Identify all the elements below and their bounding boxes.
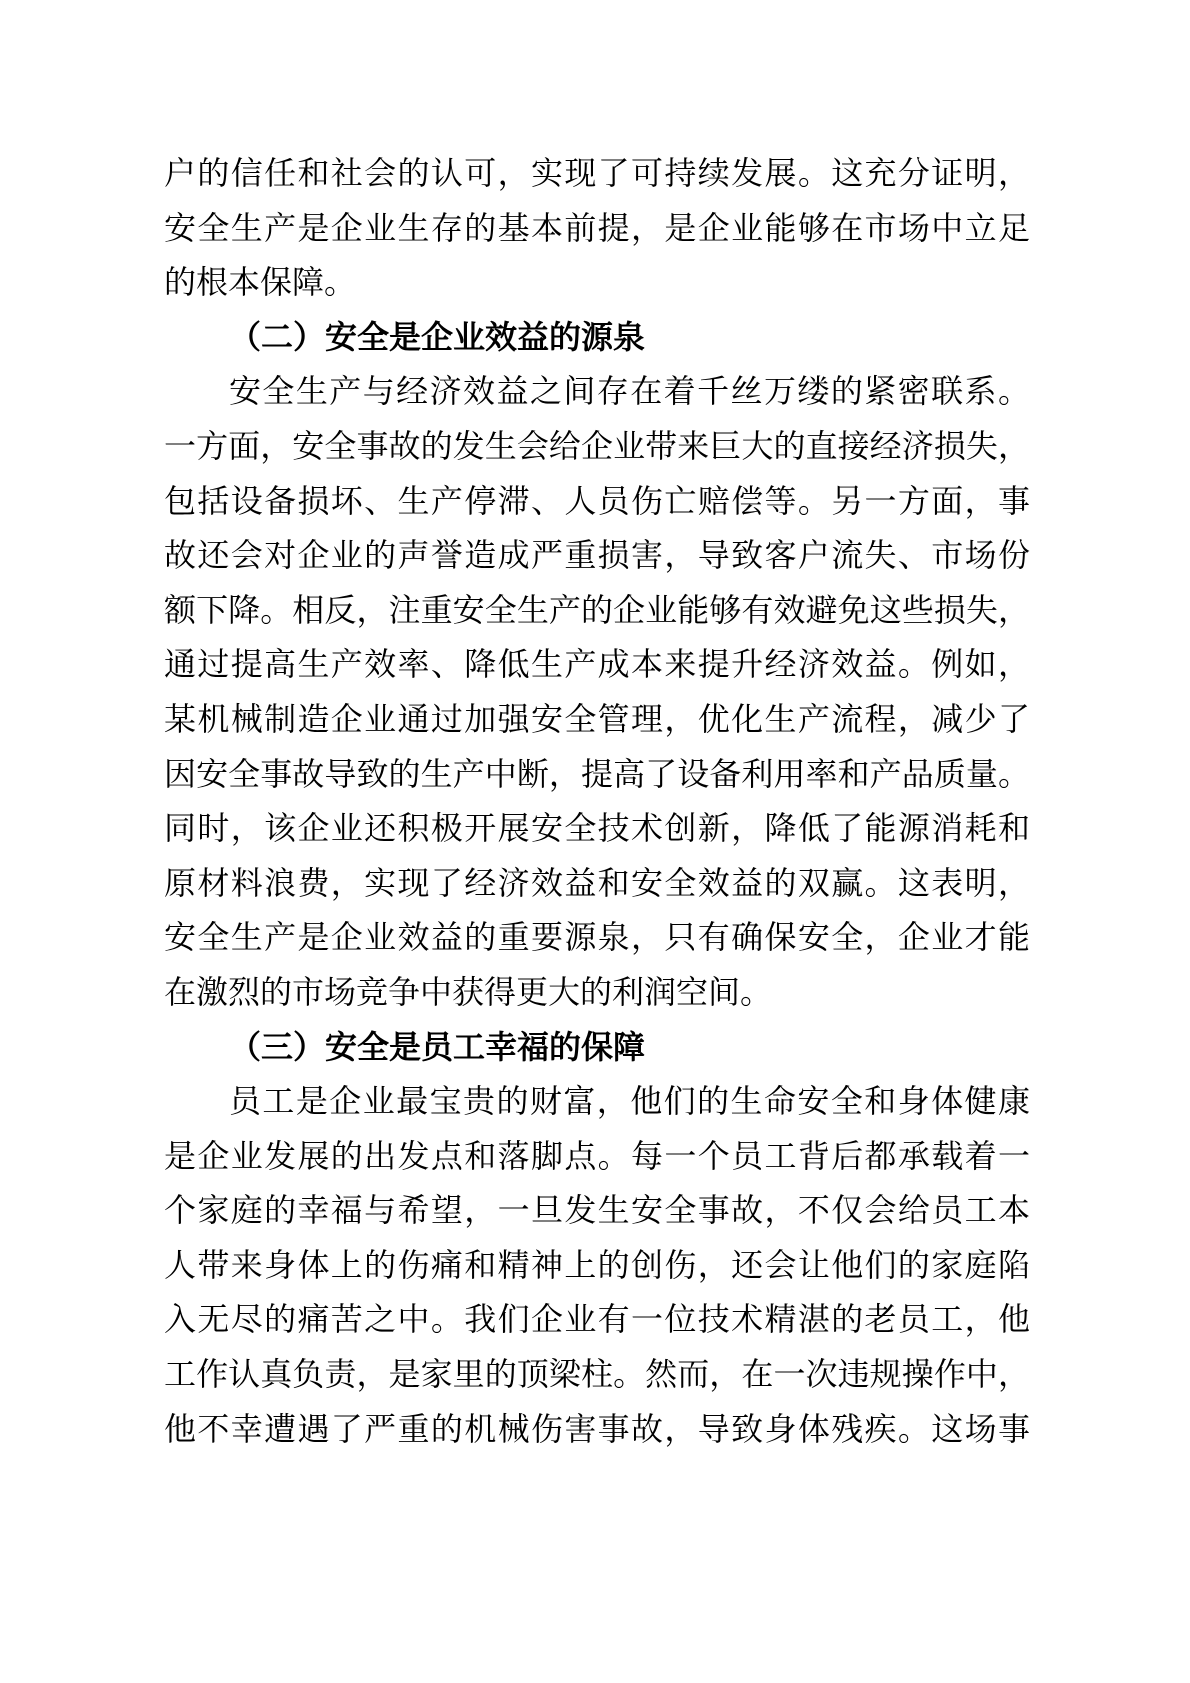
paragraph-line: 一方面，安全事故的发生会给企业带来巨大的直接经济损失，	[164, 419, 1030, 474]
paragraph-line: 户的信任和社会的认可，实现了可持续发展。这充分证明，	[164, 146, 1030, 201]
paragraph-line: 的根本保障。	[164, 255, 1030, 310]
paragraph-line: 原材料浪费，实现了经济效益和安全效益的双赢。这表明，	[164, 856, 1030, 911]
paragraph-line: 因安全事故导致的生产中断，提高了设备利用率和产品质量。	[164, 747, 1030, 802]
document-page: 户的信任和社会的认可，实现了可持续发展。这充分证明，安全生产是企业生存的基本前提…	[0, 0, 1190, 1683]
paragraph-line: 包括设备损坏、生产停滞、人员伤亡赔偿等。另一方面，事	[164, 474, 1030, 529]
paragraph-line: 入无尽的痛苦之中。我们企业有一位技术精湛的老员工，他	[164, 1292, 1030, 1347]
paragraph-line: 工作认真负责，是家里的顶梁柱。然而，在一次违规操作中，	[164, 1347, 1030, 1402]
paragraph-line: 故还会对企业的声誉造成严重损害，导致客户流失、市场份	[164, 528, 1030, 583]
paragraph-line: 在激烈的市场竞争中获得更大的利润空间。	[164, 965, 1030, 1020]
section-heading: （三）安全是员工幸福的保障	[164, 1020, 1030, 1075]
document-content: 户的信任和社会的认可，实现了可持续发展。这充分证明，安全生产是企业生存的基本前提…	[164, 146, 1030, 1456]
paragraph-line: 员工是企业最宝贵的财富，他们的生命安全和身体健康	[164, 1074, 1030, 1129]
paragraph-line: 同时，该企业还积极开展安全技术创新，降低了能源消耗和	[164, 801, 1030, 856]
paragraph-line: 是企业发展的出发点和落脚点。每一个员工背后都承载着一	[164, 1129, 1030, 1184]
paragraph-line: 安全生产与经济效益之间存在着千丝万缕的紧密联系。	[164, 364, 1030, 419]
paragraph-line: 他不幸遭遇了严重的机械伤害事故，导致身体残疾。这场事	[164, 1402, 1030, 1457]
paragraph-line: 额下降。相反，注重安全生产的企业能够有效避免这些损失，	[164, 583, 1030, 638]
paragraph-line: 个家庭的幸福与希望，一旦发生安全事故，不仅会给员工本	[164, 1183, 1030, 1238]
paragraph-line: 安全生产是企业生存的基本前提，是企业能够在市场中立足	[164, 201, 1030, 256]
paragraph-line: 通过提高生产效率、降低生产成本来提升经济效益。例如，	[164, 637, 1030, 692]
section-heading: （二）安全是企业效益的源泉	[164, 310, 1030, 365]
paragraph-line: 某机械制造企业通过加强安全管理，优化生产流程，减少了	[164, 692, 1030, 747]
paragraph-line: 人带来身体上的伤痛和精神上的创伤，还会让他们的家庭陷	[164, 1238, 1030, 1293]
paragraph-line: 安全生产是企业效益的重要源泉，只有确保安全，企业才能	[164, 910, 1030, 965]
